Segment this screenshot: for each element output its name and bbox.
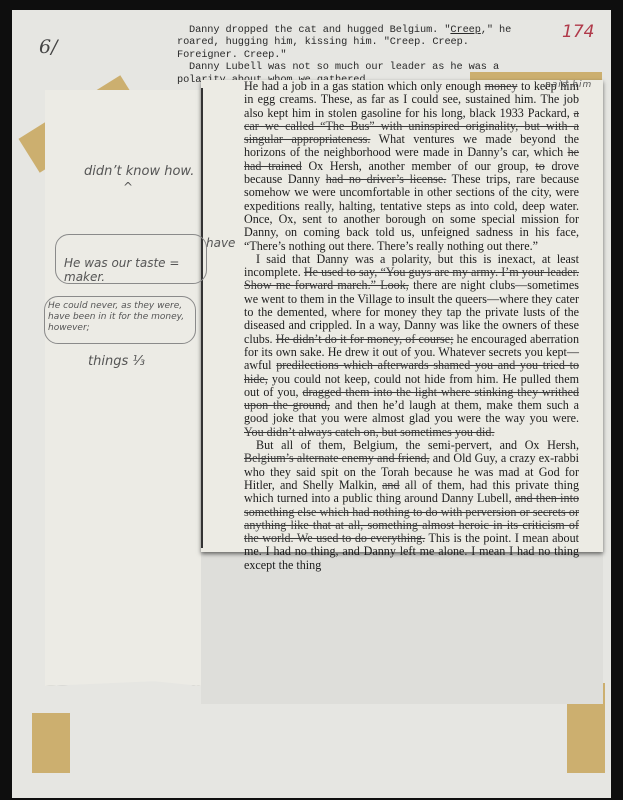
deleted-text: had no driver’s license. <box>326 172 446 186</box>
deleted-text: money <box>485 79 518 93</box>
deleted-text: He didn’t do it for money, of course; <box>276 332 454 346</box>
printed-text-run: He had a job in a gas station which <box>244 79 420 93</box>
deleted-text: to <box>535 159 544 173</box>
pasted-printed-galley: He had a job in a gas station which only… <box>201 80 603 552</box>
note-things: things ⅓ <box>88 354 145 369</box>
note-didnt-know-how: didn’t know how. <box>84 164 194 179</box>
section-mark: 6/ <box>39 36 58 58</box>
typed-text-block: Danny dropped the cat and hugged Belgium… <box>177 24 517 86</box>
printed-text-run: But all of them, Belgium, the semi-perve… <box>256 438 579 452</box>
deleted-text: You didn’t always catch on, but sometime… <box>244 425 494 439</box>
note-could-never: He could never, as they were, have been … <box>48 301 193 334</box>
note-taste-maker: He was our taste = maker. <box>64 256 184 284</box>
folio-number: 174 <box>562 22 594 42</box>
printed-paragraph: But all of them, Belgium, the semi-perve… <box>244 439 579 572</box>
printed-text-run: Ox Hersh, another member of our group, <box>302 159 536 173</box>
note-paid-him: paid him <box>545 80 592 90</box>
note-caret: ^ <box>123 180 133 194</box>
underlay-shadow <box>201 552 603 704</box>
deleted-text: Belgium’s alternate enemy and friend, <box>244 451 430 465</box>
margin-rule-line <box>201 88 203 548</box>
tape-strip-bottom-left <box>32 713 70 773</box>
deleted-text: and <box>382 478 399 492</box>
printed-text-run: only enough <box>420 79 484 93</box>
printed-paragraph: He had a job in a gas station which only… <box>244 80 579 253</box>
typed-paragraph: Danny dropped the cat and hugged Belgium… <box>177 24 517 61</box>
printed-text: He had a job in a gas station which only… <box>244 80 579 572</box>
note-have: have <box>206 236 235 250</box>
printed-paragraph: I said that Danny was a polarity, but th… <box>244 253 579 439</box>
